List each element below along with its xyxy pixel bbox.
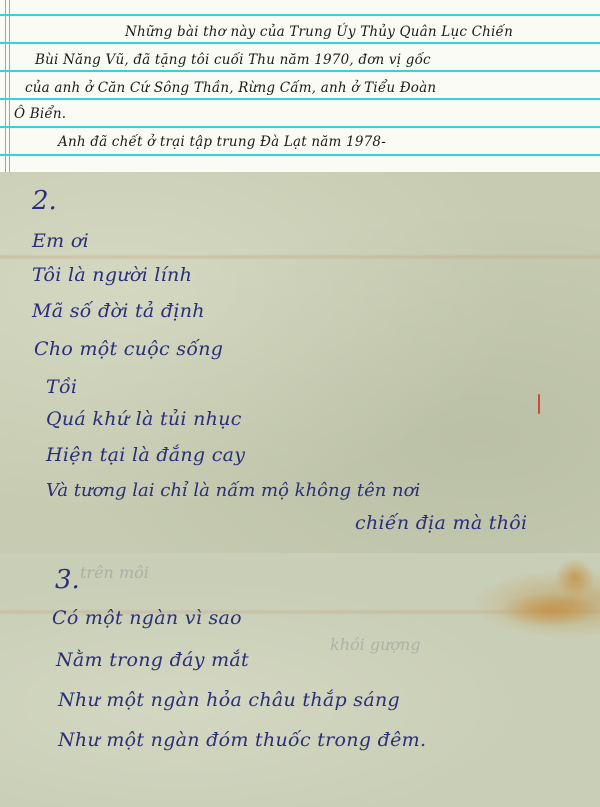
ruled-line: [0, 126, 600, 128]
header-note-line: của anh ở Căn Cứ Sông Thần, Rừng Cấm, an…: [25, 80, 436, 96]
poem-line: Và tương lai chỉ là nấm mộ không tên nơi: [46, 480, 420, 501]
margin-line: [9, 0, 10, 172]
poem-line: Như một ngàn đóm thuốc trong đêm.: [58, 729, 426, 751]
poem-line: Mã số đời tả định: [32, 300, 205, 322]
poem-number: 3.: [55, 565, 80, 595]
paper-fold: [0, 254, 600, 260]
poem-number: 2.: [32, 186, 57, 216]
red-ink-mark: [538, 394, 540, 414]
poem-line: Như một ngàn hỏa châu thắp sáng: [58, 689, 400, 711]
ruled-line: [0, 70, 600, 72]
poem-line: Em ơi: [32, 230, 89, 252]
poem-line: Nằm trong đáy mắt: [56, 649, 249, 671]
notebook-header-note: Những bài thơ này của Trung Úy Thủy Quân…: [0, 0, 600, 172]
header-note-line: Anh đã chết ở trại tập trung Đà Lạt năm …: [58, 134, 386, 150]
poem-line: Cho một cuộc sống: [34, 338, 223, 360]
water-stain: [555, 558, 595, 598]
poem-line: Quá khứ là tủi nhục: [46, 408, 242, 430]
poem-line: chiến địa mà thôi: [355, 512, 527, 534]
poem-line: Có một ngàn vì sao: [52, 607, 242, 629]
header-note-line: Những bài thơ này của Trung Úy Thủy Quân…: [125, 24, 513, 40]
margin-line: [5, 0, 6, 172]
poem-line: Tôi là người lính: [32, 264, 192, 286]
bleed-through-text: trên môi: [80, 563, 149, 582]
ruled-line: [0, 42, 600, 44]
poem-3-sheet: trên môi khói gượng 3. Có một ngàn vì sa…: [0, 553, 600, 807]
header-note-line: Ô Biển.: [14, 106, 66, 122]
header-note-line: Bùi Năng Vũ, đã tặng tôi cuối Thu năm 19…: [35, 52, 431, 68]
bleed-through-text: khói gượng: [330, 635, 421, 654]
poem-2-sheet: 2. Em ơi Tôi là người lính Mã số đời tả …: [0, 172, 600, 553]
ruled-line: [0, 14, 600, 16]
poem-line: Tồi: [46, 376, 77, 398]
poem-line: Hiện tại là đắng cay: [46, 444, 245, 466]
water-stain: [500, 593, 600, 627]
ruled-line: [0, 154, 600, 156]
ruled-line: [0, 98, 600, 100]
